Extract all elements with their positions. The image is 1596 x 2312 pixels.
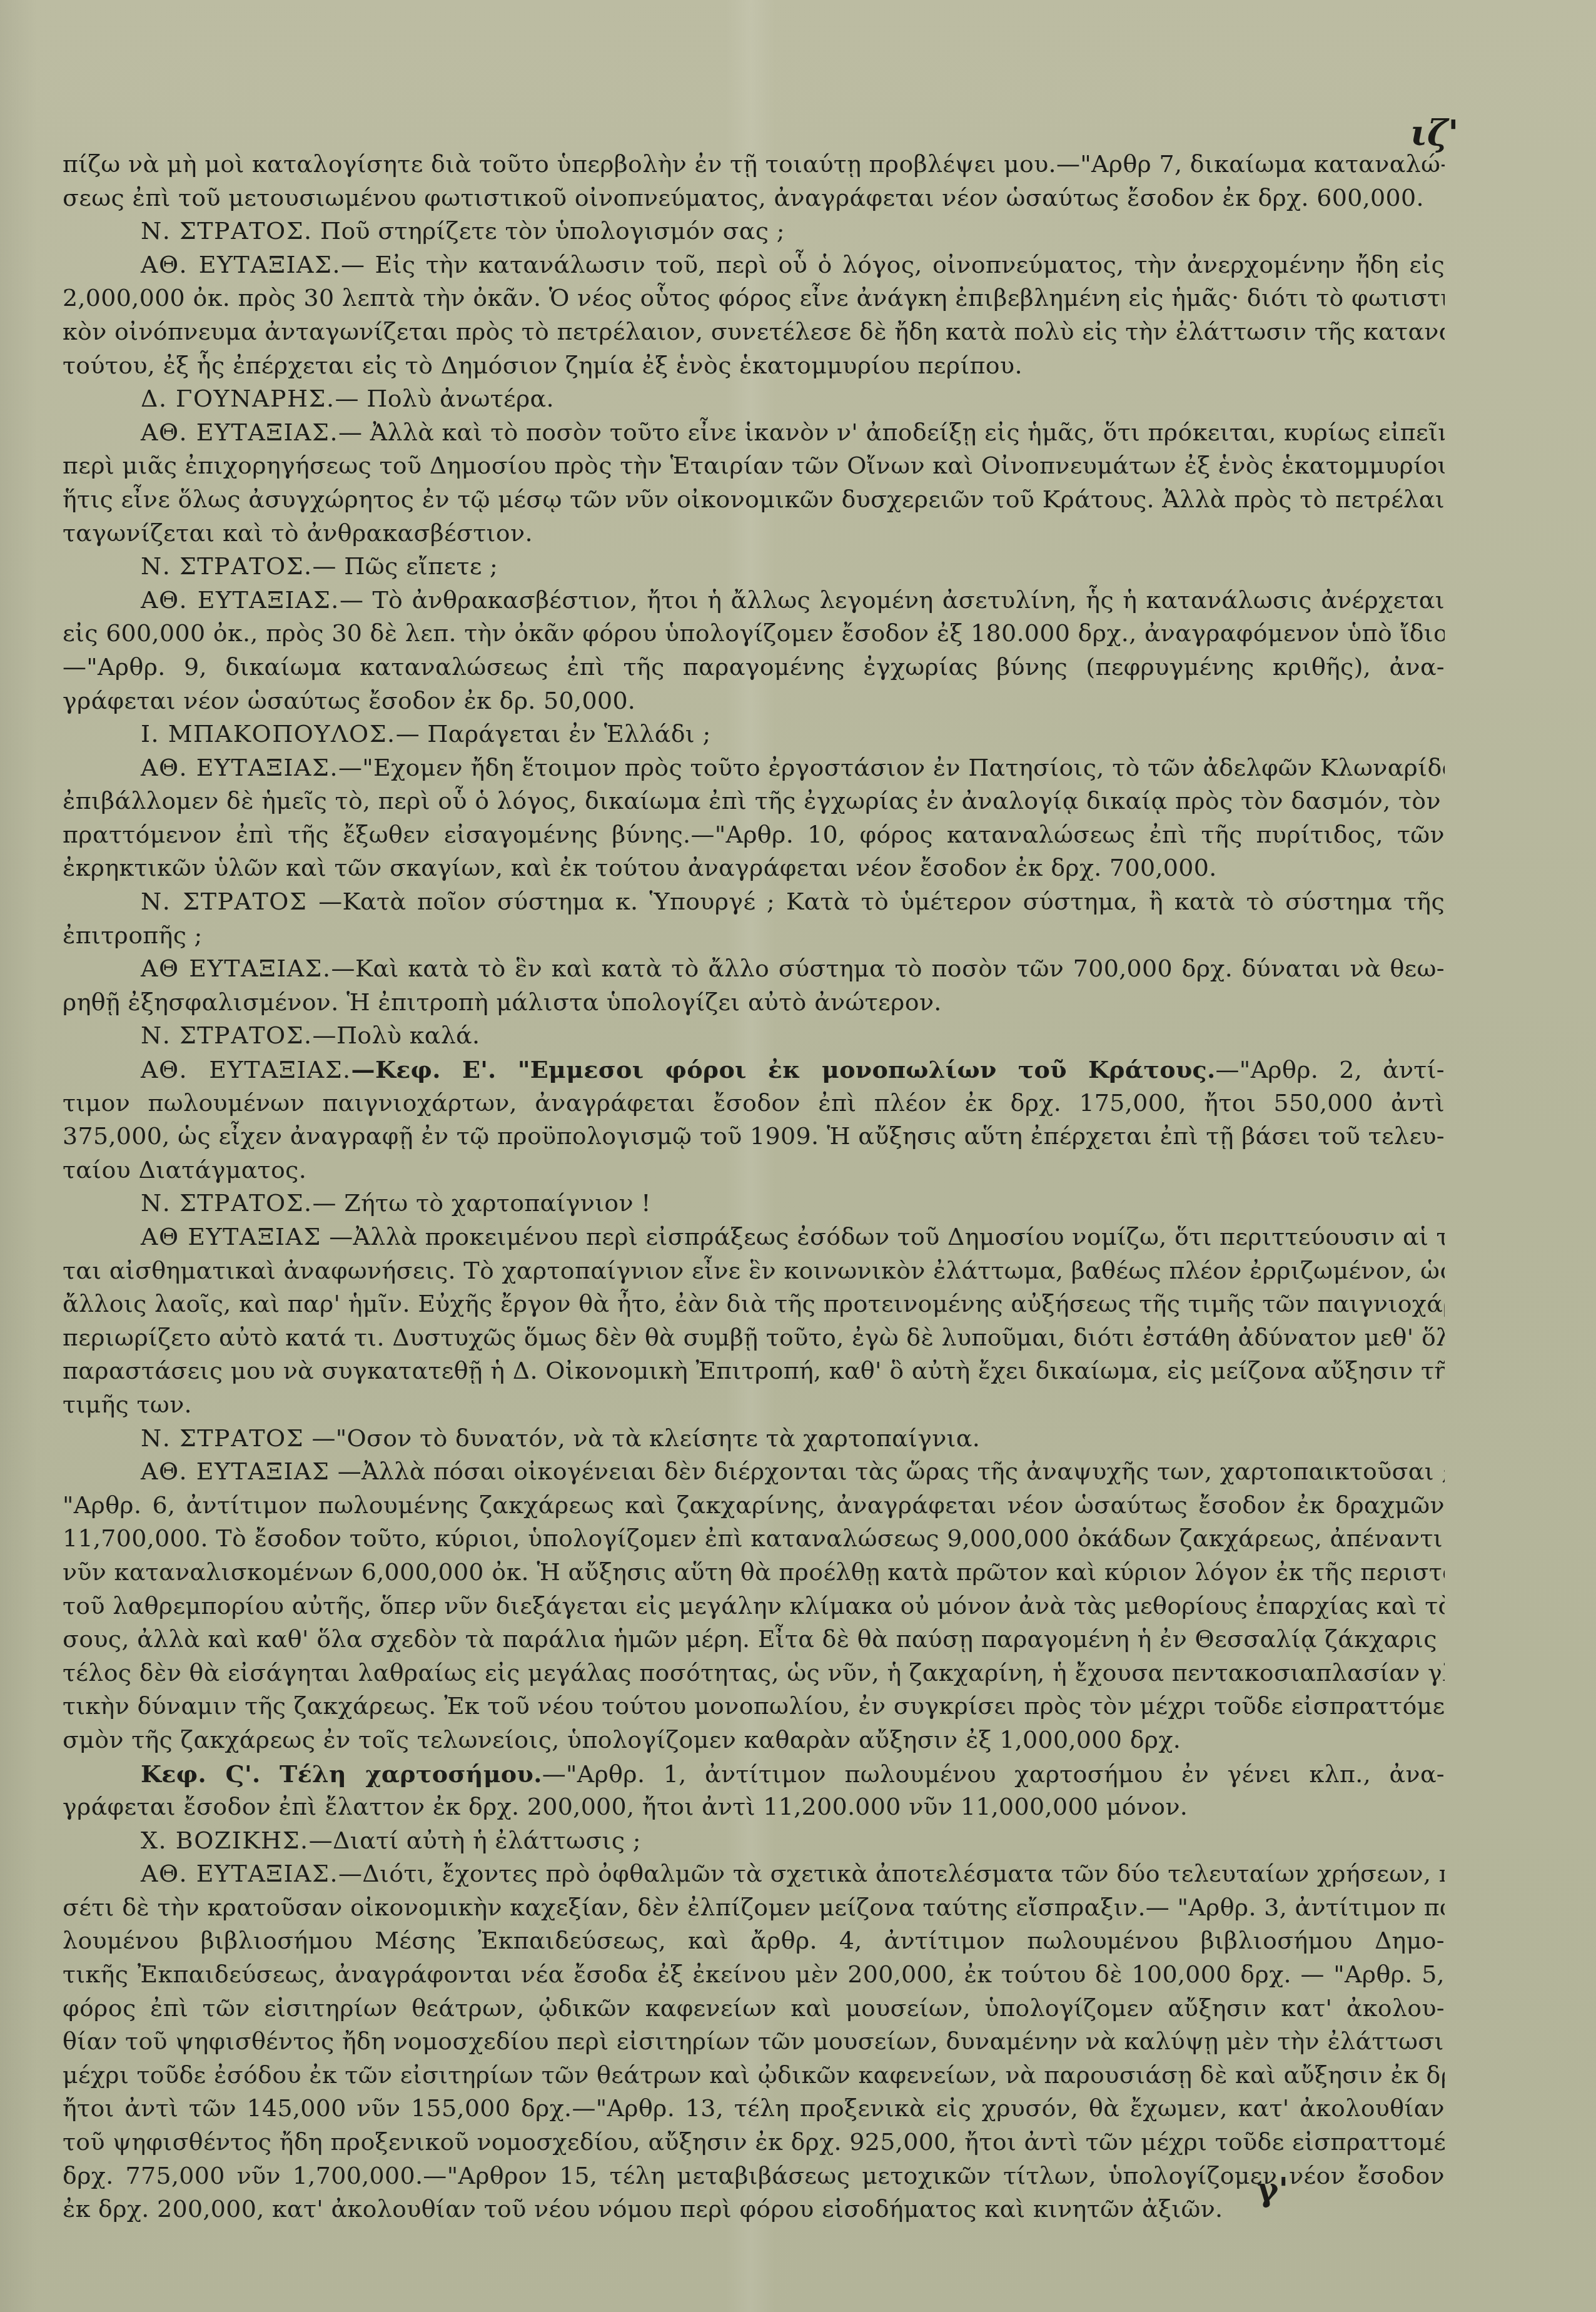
text-line: Ν. ΣΤΡΑΤΟΣ.— Ζήτω τὸ χαρτοπαίγνιον !: [63, 1187, 1445, 1220]
text-line: ἄλλοις λαοῖς, καὶ παρ' ἡμῖν. Εὐχῆς ἔργον…: [63, 1287, 1445, 1321]
text-line: νῦν καταναλισκομένων 6,000,000 ὀκ. Ἡ αὔξ…: [63, 1556, 1445, 1589]
line-text: πίζω νὰ μὴ μοὶ καταλογίσητε διὰ τοῦτο ὑπ…: [63, 150, 1445, 178]
line-text: σεως ἐπὶ τοῦ μετουσιωμένου φωτιστικοῦ οἰ…: [63, 184, 1424, 211]
line-text: κὸν οἰνόπνευμα ἀνταγωνίζεται πρὸς τὸ πετ…: [63, 318, 1445, 345]
text-line: τοῦ λαθρεμπορίου αὐτῆς, ὅπερ νῦν διεξάγε…: [63, 1589, 1445, 1623]
text-line: τικὴν δύναμιν τῆς ζακχάρεως. Ἐκ τοῦ νέου…: [63, 1690, 1445, 1723]
text-line: ΑΘ. ΕΥΤΑΞΙΑΣ.— Ἀλλὰ καὶ τὸ ποσὸν τοῦτο ε…: [63, 416, 1445, 450]
line-text: θίαν τοῦ ψηφισθέντος ἤδη νομοσχεδίου περ…: [63, 2027, 1445, 2055]
text-line: παραστάσεις μου νὰ συγκατατεθῇ ἡ Δ. Οἰκο…: [63, 1354, 1445, 1388]
line-text: —Ἀλλὰ προκειμένου περὶ εἰσπράξεως ἐσόδων…: [321, 1223, 1445, 1250]
line-text: —"Οσον τὸ δυνατόν, νὰ τὰ κλείσητε τὰ χαρ…: [304, 1424, 980, 1452]
text-line: τέλος δὲν θὰ εἰσάγηται λαθραίως εἰς μεγά…: [63, 1656, 1445, 1690]
text-line: περιωρίζετο αὐτὸ κατά τι. Δυστυχῶς ὅμως …: [63, 1321, 1445, 1355]
line-text: γράφεται ἔσοδον ἐπὶ ἔλαττον ἐκ δρχ. 200,…: [63, 1793, 1188, 1820]
text-line: Ν. ΣΤΡΑΤΟΣ. Ποῦ στηρίζετε τὸν ὑπολογισμό…: [63, 215, 1445, 248]
line-text: μέχρι τοῦδε ἐσόδου ἐκ τῶν εἰσιτηρίων τῶν…: [63, 2061, 1445, 2089]
line-text: —"Εχομεν ἤδη ἕτοιμον πρὸς τοῦτο ἐργοστάσ…: [338, 754, 1445, 781]
text-line: 11,700,000. Τὸ ἔσοδον τοῦτο, κύριοι, ὑπο…: [63, 1522, 1445, 1556]
line-text: 375,000, ὡς εἶχεν ἀναγραφῇ ἐν τῷ προϋπολ…: [63, 1122, 1445, 1150]
text-line: ἐπιτροπῆς ;: [63, 919, 1445, 953]
line-text: Ποῦ στηρίζετε τὸν ὑπολογισμόν σας ;: [313, 217, 785, 245]
line-text: νῦν καταναλισκομένων 6,000,000 ὀκ. Ἡ αὔξ…: [63, 1558, 1445, 1586]
line-text: ταγωνίζεται καὶ τὸ ἀνθρακασβέστιον.: [63, 519, 533, 547]
text-line: ἐκρηκτικῶν ὑλῶν καὶ τῶν σκαγίων, καὶ ἐκ …: [63, 851, 1445, 885]
speaker-name: ΑΘ. ΕΥΤΑΞΙΑΣ.: [141, 586, 340, 614]
section-heading: Κεφ. Ϛ'. Τέλη χαρτοσήμου.: [141, 1760, 542, 1788]
text-line: ΑΘ. ΕΥΤΑΞΙΑΣ.—"Εχομεν ἤδη ἕτοιμον πρὸς τ…: [63, 751, 1445, 785]
text-line: ἐκ δρχ. 200,000, κατ' ἀκολουθίαν τοῦ νέο…: [63, 2193, 1445, 2226]
line-text: τέλος δὲν θὰ εἰσάγηται λαθραίως εἰς μεγά…: [63, 1659, 1445, 1686]
line-text: παραστάσεις μου νὰ συγκατατεθῇ ἡ Δ. Οἰκο…: [63, 1357, 1445, 1384]
text-line: λουμένου βιβλιοσήμου Μέσης Ἐκπαιδεύσεως,…: [63, 1924, 1445, 1958]
text-line: μέχρι τοῦδε ἐσόδου ἐκ τῶν εἰσιτηρίων τῶν…: [63, 2059, 1445, 2092]
speaker-name: ΑΘ ΕΥΤΑΞΙΑΣ: [141, 1223, 321, 1250]
line-text: ἐπιβάλλομεν δὲ ἡμεῖς τὸ, περὶ οὗ ὁ λόγος…: [63, 787, 1445, 814]
text-line: πραττόμενον ἐπὶ τῆς ἔξωθεν εἰσαγομένης β…: [63, 818, 1445, 852]
line-text: — Πῶς εἴπετε ;: [313, 552, 498, 580]
text-line: ταγωνίζεται καὶ τὸ ἀνθρακασβέστιον.: [63, 517, 1445, 550]
text-line: σεως ἐπὶ τοῦ μετουσιωμένου φωτιστικοῦ οἰ…: [63, 181, 1445, 215]
speaker-name: ΑΘ. ΕΥΤΑΞΙΑΣ.: [141, 1860, 338, 1887]
text-line: περὶ μιᾶς ἐπιχορηγήσεως τοῦ Δημοσίου πρὸ…: [63, 449, 1445, 483]
text-line: Ν. ΣΤΡΑΤΟΣ —Κατὰ ποῖον σύστημα κ. Ὑπουργ…: [63, 885, 1445, 919]
text-line: Ι. ΜΠΑΚΟΠΟΥΛΟΣ.— Παράγεται ἐν Ἑλλάδι ;: [63, 717, 1445, 751]
line-text: —Κατὰ ποῖον σύστημα κ. Ὑπουργέ ; Κατὰ τὸ…: [307, 888, 1445, 915]
text-line: εἰς 600,000 ὀκ., πρὸς 30 δὲ λεπ. τὴν ὀκᾶ…: [63, 617, 1445, 651]
text-line: γράφεται ἔσοδον ἐπὶ ἔλαττον ἐκ δρχ. 200,…: [63, 1790, 1445, 1824]
text-line: ἐπιβάλλομεν δὲ ἡμεῖς τὸ, περὶ οὗ ὁ λόγος…: [63, 784, 1445, 818]
text-line: τούτου, ἐξ ἧς ἐπέρχεται εἰς τὸ Δημόσιον …: [63, 349, 1445, 383]
text-line: ΑΘ. ΕΥΤΑΞΙΑΣ.—Κεφ. Ε'. "Εμμεσοι φόροι ἐκ…: [63, 1053, 1445, 1087]
speaker-name: Χ. ΒΟΖΙΚΗΣ.: [141, 1827, 309, 1854]
line-text: —Πολὺ καλά.: [313, 1022, 480, 1049]
signature-mark: γ': [1257, 2171, 1288, 2209]
line-text: τοῦ λαθρεμπορίου αὐτῆς, ὅπερ νῦν διεξάγε…: [63, 1592, 1445, 1620]
speaker-name: Ν. ΣΤΡΑΤΟΣ: [141, 888, 307, 915]
text-line: Δ. ΓΟΥΝΑΡΗΣ.— Πολὺ ἀνωτέρα.: [63, 382, 1445, 416]
line-text: ρηθῇ ἐξησφαλισμένον. Ἡ ἐπιτροπὴ μάλιστα …: [63, 988, 942, 1016]
text-line: ΑΘ. ΕΥΤΑΞΙΑΣ.—Διότι, ἔχοντες πρὸ ὀφθαλμῶ…: [63, 1857, 1445, 1891]
text-line: 2,000,000 ὀκ. πρὸς 30 λεπτὰ τὴν ὀκᾶν. Ὁ …: [63, 281, 1445, 315]
text-line: κὸν οἰνόπνευμα ἀνταγωνίζεται πρὸς τὸ πετ…: [63, 315, 1445, 349]
speaker-name: ΑΘ. ΕΥΤΑΞΙΑΣ.: [141, 1056, 351, 1083]
line-text: φόρος ἐπὶ τῶν εἰσιτηρίων θεάτρων, ᾠδικῶν…: [63, 1994, 1445, 2022]
scanned-page: ιζ' πίζω νὰ μὴ μοὶ καταλογίσητε διὰ τοῦτ…: [0, 0, 1596, 2312]
line-text: ταίου Διατάγματος.: [63, 1156, 306, 1184]
text-line: σμὸν τῆς ζακχάρεως ἐν τοῖς τελωνείοις, ὑ…: [63, 1723, 1445, 1757]
line-text: ἐκ δρχ. 200,000, κατ' ἀκολουθίαν τοῦ νέο…: [63, 2195, 1223, 2223]
line-text: σους, ἀλλὰ καὶ καθ' ὅλα σχεδὸν τὰ παράλι…: [63, 1625, 1445, 1653]
text-line: Ν. ΣΤΡΑΤΟΣ.— Πῶς εἴπετε ;: [63, 550, 1445, 584]
line-text: — Παράγεται ἐν Ἑλλάδι ;: [396, 720, 711, 748]
line-text: —"Αρθρ. 9, δικαίωμα καταναλώσεως ἐπὶ τῆς…: [63, 653, 1445, 681]
line-text: —Διότι, ἔχοντες πρὸ ὀφθαλμῶν τὰ σχετικὰ …: [338, 1860, 1445, 1887]
speaker-name: ΑΘ ΕΥΤΑΞΙΑΣ.: [141, 955, 331, 982]
text-line: φόρος ἐπὶ τῶν εἰσιτηρίων θεάτρων, ᾠδικῶν…: [63, 1992, 1445, 2026]
line-text: τοῦ ψηφισθέντος ἤδη προξενικοῦ νομοσχεδί…: [63, 2128, 1445, 2156]
line-text: πραττόμενον ἐπὶ τῆς ἔξωθεν εἰσαγομένης β…: [63, 821, 1445, 848]
text-line: ΑΘ. ΕΥΤΑΞΙΑΣ.— Τὸ ἀνθρακασβέστιον, ἤτοι …: [63, 584, 1445, 617]
text-line: ἥτις εἶνε ὅλως ἀσυγχώρητος ἐν τῷ μέσῳ τῶ…: [63, 483, 1445, 517]
text-line: πίζω νὰ μὴ μοὶ καταλογίσητε διὰ τοῦτο ὑπ…: [63, 148, 1445, 181]
text-line: Ν. ΣΤΡΑΤΟΣ —"Οσον τὸ δυνατόν, νὰ τὰ κλεί…: [63, 1422, 1445, 1456]
line-text: σμὸν τῆς ζακχάρεως ἐν τοῖς τελωνείοις, ὑ…: [63, 1726, 1181, 1753]
line-text: —Διατί αὐτὴ ἡ ἐλάττωσις ;: [309, 1827, 641, 1854]
text-line: ἤτοι ἀντὶ τῶν 145,000 νῦν 155,000 δρχ.—"…: [63, 2092, 1445, 2126]
text-line: τιμον πωλουμένων παιγνιοχάρτων, ἀναγράφε…: [63, 1087, 1445, 1120]
speaker-name: Ι. ΜΠΑΚΟΠΟΥΛΟΣ.: [141, 720, 396, 748]
line-text: εἰς 600,000 ὀκ., πρὸς 30 δὲ λεπ. τὴν ὀκᾶ…: [63, 619, 1445, 647]
line-text: τιμῆς των.: [63, 1391, 192, 1418]
line-text: — Τὸ ἀνθρακασβέστιον, ἤτοι ἡ ἄλλως λεγομ…: [340, 586, 1445, 614]
speaker-name: ΑΘ. ΕΥΤΑΞΙΑΣ.: [141, 251, 341, 278]
speaker-name: Ν. ΣΤΡΑΤΟΣ: [141, 1424, 304, 1452]
text-line: 375,000, ὡς εἶχεν ἀναγραφῇ ἐν τῷ προϋπολ…: [63, 1120, 1445, 1153]
text-line: ρηθῇ ἐξησφαλισμένον. Ἡ ἐπιτροπὴ μάλιστα …: [63, 986, 1445, 1020]
speaker-name: Ν. ΣΤΡΑΤΟΣ.: [141, 1189, 313, 1217]
line-text: περιωρίζετο αὐτὸ κατά τι. Δυστυχῶς ὅμως …: [63, 1324, 1445, 1351]
text-line: ται αἰσθηματικαὶ ἀναφωνήσεις. Τὸ χαρτοπα…: [63, 1254, 1445, 1288]
text-line: ΑΘ ΕΥΤΑΞΙΑΣ —Ἀλλὰ προκειμένου περὶ εἰσπρ…: [63, 1220, 1445, 1254]
line-text: τιμον πωλουμένων παιγνιοχάρτων, ἀναγράφε…: [63, 1089, 1445, 1117]
speaker-name: Ν. ΣΤΡΑΤΟΣ.: [141, 217, 313, 245]
text-line: ΑΘ ΕΥΤΑΞΙΑΣ.—Καὶ κατὰ τὸ ἓν καὶ κατὰ τὸ …: [63, 952, 1445, 986]
line-text: —"Αρθρ. 1, ἀντίτιμον πωλουμένου χαρτοσήμ…: [542, 1760, 1445, 1788]
text-line: Ν. ΣΤΡΑΤΟΣ.—Πολὺ καλά.: [63, 1019, 1445, 1053]
line-text: ἐπιτροπῆς ;: [63, 921, 203, 949]
speaker-name: ΑΘ. ΕΥΤΑΞΙΑΣ.: [141, 418, 338, 446]
line-text: ἐκρηκτικῶν ὑλῶν καὶ τῶν σκαγίων, καὶ ἐκ …: [63, 854, 1217, 881]
line-text: τικὴν δύναμιν τῆς ζακχάρεως. Ἐκ τοῦ νέου…: [63, 1692, 1445, 1720]
text-line: σέτι δὲ τὴν κρατοῦσαν οἰκονομικὴν καχεξί…: [63, 1891, 1445, 1925]
speaker-name: Ν. ΣΤΡΑΤΟΣ.: [141, 1022, 313, 1049]
text-line: τιμῆς των.: [63, 1388, 1445, 1422]
text-line: τοῦ ψηφισθέντος ἤδη προξενικοῦ νομοσχεδί…: [63, 2126, 1445, 2159]
text-line: σους, ἀλλὰ καὶ καθ' ὅλα σχεδὸν τὰ παράλι…: [63, 1623, 1445, 1656]
line-text: 2,000,000 ὀκ. πρὸς 30 λεπτὰ τὴν ὀκᾶν. Ὁ …: [63, 284, 1445, 312]
line-text: τικῆς Ἐκπαιδεύσεως, ἀναγράφονται νέα ἔσο…: [63, 1960, 1445, 1988]
line-text: ἄλλοις λαοῖς, καὶ παρ' ἡμῖν. Εὐχῆς ἔργον…: [63, 1290, 1445, 1317]
text-line: Χ. ΒΟΖΙΚΗΣ.—Διατί αὐτὴ ἡ ἐλάττωσις ;: [63, 1824, 1445, 1858]
line-text: περὶ μιᾶς ἐπιχορηγήσεως τοῦ Δημοσίου πρὸ…: [63, 452, 1445, 479]
text-line: δρχ. 775,000 νῦν 1,700,000.—"Αρθρον 15, …: [63, 2159, 1445, 2193]
text-line: γράφεται νέον ὡσαύτως ἔσοδον ἐκ δρ. 50,0…: [63, 684, 1445, 718]
text-line: ΑΘ. ΕΥΤΑΞΙΑΣ.— Εἰς τὴν κατανάλωσιν τοῦ, …: [63, 248, 1445, 282]
line-text: ἥτις εἶνε ὅλως ἀσυγχώρητος ἐν τῷ μέσῳ τῶ…: [63, 485, 1445, 513]
line-text: — Ζήτω τὸ χαρτοπαίγνιον !: [313, 1189, 651, 1217]
speaker-name: Ν. ΣΤΡΑΤΟΣ.: [141, 552, 313, 580]
speaker-name: Δ. ΓΟΥΝΑΡΗΣ.: [141, 385, 335, 412]
line-text: "Αρθρ. 6, ἀντίτιμον πωλουμένης ζακχάρεως…: [63, 1491, 1445, 1519]
line-text: — Ἀλλὰ καὶ τὸ ποσὸν τοῦτο εἶνε ἱκανὸν ν'…: [338, 418, 1445, 446]
line-text: —"Αρθρ. 2, ἀντί-: [1216, 1056, 1445, 1083]
text-line: Κεφ. Ϛ'. Τέλη χαρτοσήμου.—"Αρθρ. 1, ἀντί…: [63, 1757, 1445, 1791]
line-text: 11,700,000. Τὸ ἔσοδον τοῦτο, κύριοι, ὑπο…: [63, 1524, 1445, 1552]
text-line: —"Αρθρ. 9, δικαίωμα καταναλώσεως ἐπὶ τῆς…: [63, 651, 1445, 684]
line-text: ται αἰσθηματικαὶ ἀναφωνήσεις. Τὸ χαρτοπα…: [63, 1257, 1445, 1284]
text-line: "Αρθρ. 6, ἀντίτιμον πωλουμένης ζακχάρεως…: [63, 1489, 1445, 1523]
line-text: —Καὶ κατὰ τὸ ἓν καὶ κατὰ τὸ ἄλλο σύστημα…: [331, 955, 1445, 982]
speaker-name: ΑΘ. ΕΥΤΑΞΙΑΣ: [141, 1458, 330, 1485]
line-text: τούτου, ἐξ ἧς ἐπέρχεται εἰς τὸ Δημόσιον …: [63, 352, 1023, 379]
text-line: τικῆς Ἐκπαιδεύσεως, ἀναγράφονται νέα ἔσο…: [63, 1958, 1445, 1992]
line-text: σέτι δὲ τὴν κρατοῦσαν οἰκονομικὴν καχεξί…: [63, 1894, 1445, 1921]
document-body: πίζω νὰ μὴ μοὶ καταλογίσητε διὰ τοῦτο ὑπ…: [63, 148, 1445, 2226]
line-text: —Ἀλλὰ πόσαι οἰκογένειαι δὲν διέρχονται τ…: [330, 1458, 1445, 1485]
text-line: θίαν τοῦ ψηφισθέντος ἤδη νομοσχεδίου περ…: [63, 2025, 1445, 2059]
line-text: — Πολὺ ἀνωτέρα.: [335, 385, 554, 412]
line-text: — Εἰς τὴν κατανάλωσιν τοῦ, περὶ οὗ ὁ λόγ…: [341, 251, 1445, 278]
line-text: ἤτοι ἀντὶ τῶν 145,000 νῦν 155,000 δρχ.—"…: [63, 2094, 1445, 2122]
line-text: δρχ. 775,000 νῦν 1,700,000.—"Αρθρον 15, …: [63, 2162, 1445, 2189]
text-line: ταίου Διατάγματος.: [63, 1153, 1445, 1187]
line-text: γράφεται νέον ὡσαύτως ἔσοδον ἐκ δρ. 50,0…: [63, 687, 635, 714]
line-text: λουμένου βιβλιοσήμου Μέσης Ἐκπαιδεύσεως,…: [63, 1927, 1445, 1954]
speaker-name: ΑΘ. ΕΥΤΑΞΙΑΣ.: [141, 754, 338, 781]
text-line: ΑΘ. ΕΥΤΑΞΙΑΣ —Ἀλλὰ πόσαι οἰκογένειαι δὲν…: [63, 1455, 1445, 1489]
section-heading: —Κεφ. Ε'. "Εμμεσοι φόροι ἐκ μονοπωλίων τ…: [351, 1055, 1216, 1083]
